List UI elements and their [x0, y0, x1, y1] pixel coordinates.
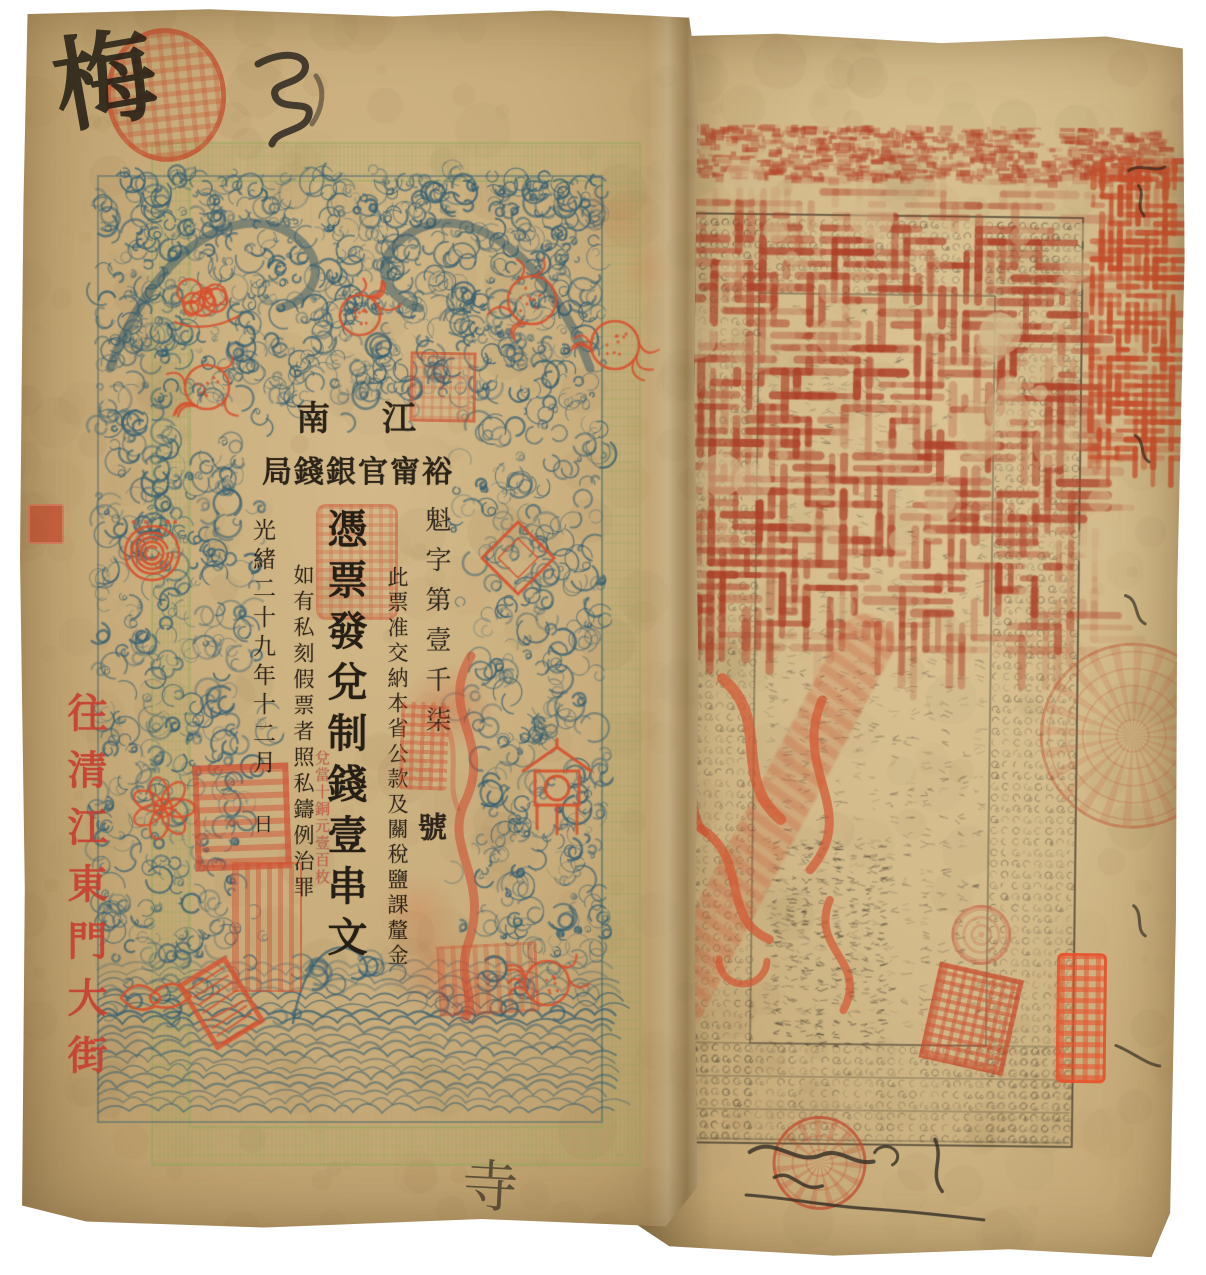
handwritten-character-bottom: 寺	[461, 1159, 520, 1218]
address-overprint-text: 往清江東門大街	[64, 692, 104, 1091]
note-back-sheet	[625, 30, 1188, 1263]
red-cursive-overstamp	[416, 644, 516, 1024]
red-overprint-text: 兌當十銅元壹百枚	[314, 750, 329, 886]
handwritten-character-top: 梅	[46, 22, 164, 140]
region-title: 南江	[296, 402, 468, 436]
day-label-char: 日	[252, 814, 271, 833]
black-ink-scribbles	[734, 1117, 1005, 1240]
edge-ink-marks	[1097, 145, 1179, 1126]
left-margin-seal	[28, 504, 64, 544]
photograph: 梅 南江 局錢銀官甯裕 憑票發兌制錢壹串文 魁字第壹千柒 號 此票准交納本省	[0, 0, 1206, 1275]
issue-date-text: 光緒二十九年十二月	[250, 518, 273, 779]
note-front-sheet: 梅 南江 局錢銀官甯裕 憑票發兌制錢壹串文 魁字第壹千柒 號 此票准交納本省	[18, 8, 700, 1230]
issuer-name: 局錢銀官甯裕	[262, 458, 454, 488]
cursive-ink-mark	[246, 46, 341, 151]
counterfeit-warning-text: 如有私刻假票者照私鑄例治罪	[292, 564, 313, 902]
denomination-text: 憑票發兌制錢壹串文	[324, 508, 364, 967]
date-area-seal	[192, 762, 292, 871]
